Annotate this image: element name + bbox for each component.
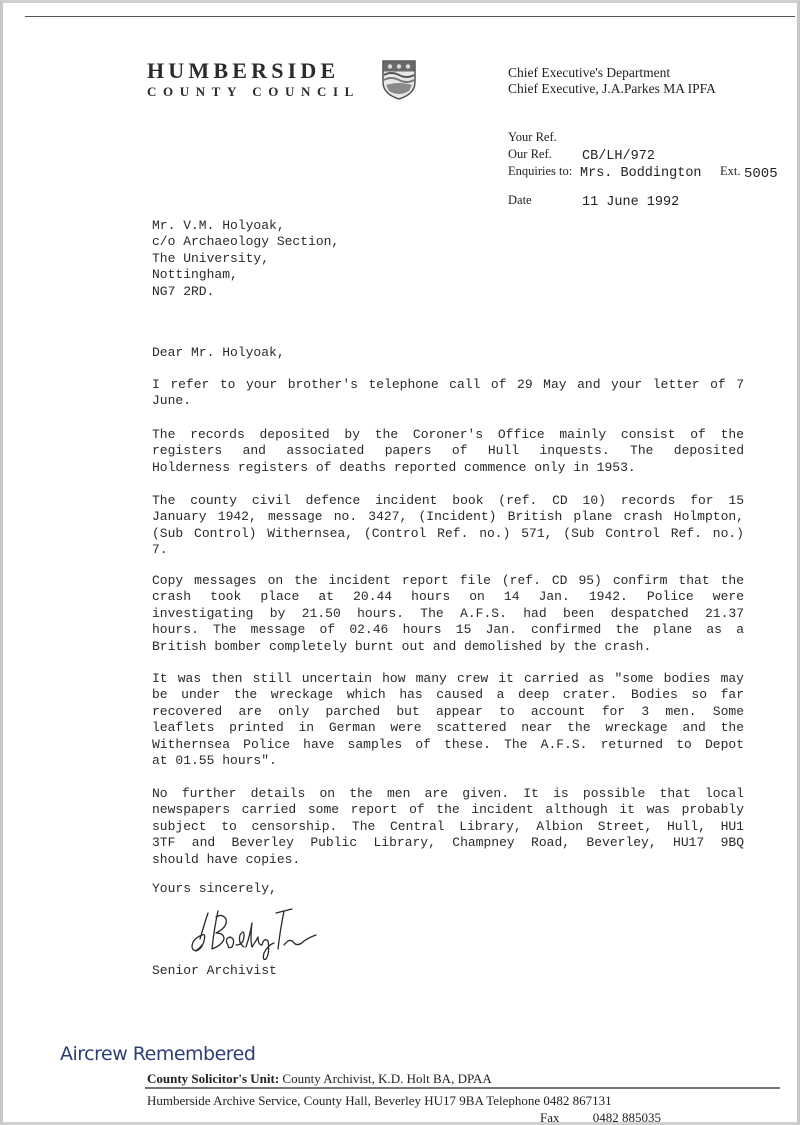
body-line: subject to censorship. The Central Libra… [152,819,744,835]
footer-address-line: Humberside Archive Service, County Hall,… [147,1093,612,1109]
address-line: Nottingham, [152,267,744,283]
body-line: 7. [152,542,744,558]
body-paragraph-4: Copy messages on the incident report fil… [152,573,744,655]
ext-value: 5005 [744,166,778,182]
body-line: registers and associated papers of Hull … [152,443,744,459]
footer-unit-label: County Solicitor's Unit: [147,1071,279,1086]
enquiries-row: Enquiries to: Mrs. Boddington Ext. 5005 [508,164,572,181]
body-line: newspapers carried some report of the in… [152,802,744,818]
body-paragraph-5: It was then still uncertain how many cre… [152,671,744,769]
coat-of-arms-icon [382,60,416,100]
footer-divider [145,1087,780,1089]
body-line: January 1942, message no. 3427, (Inciden… [152,509,744,525]
body-line: at 01.55 hours". [152,753,744,769]
body-line: 3TF and Beverley Public Library, Champne… [152,835,744,851]
body-line: June. [152,393,744,409]
body-line: It was then still uncertain how many cre… [152,671,744,687]
your-ref-row: Your Ref. [508,130,572,147]
signature-icon [188,905,318,963]
address-line: The University, [152,251,744,267]
body-paragraph-2: The records deposited by the Coroner's O… [152,427,744,476]
page-top-edge [25,16,795,17]
body-paragraph-6: No further details on the men are given.… [152,786,744,868]
body-line: Withernsea Police have samples of these.… [152,737,744,753]
body-line: be under the wreckage which has caused a… [152,687,744,703]
body-line: investigating by 21.50 hours. The A.F.S.… [152,606,744,622]
fax-value: 0482 885035 [593,1110,661,1125]
department-name: Chief Executive's Department [508,65,716,81]
reference-block: Your Ref. Our Ref. CB/LH/972 Enquiries t… [508,130,572,210]
body-line: No further details on the men are given.… [152,786,744,802]
fax-label: Fax [540,1110,560,1125]
closing: Yours sincerely, [152,881,744,897]
date-value: 11 June 1992 [582,195,679,210]
body-line: hours. The message of 02.46 hours 15 Jan… [152,622,744,638]
date-row: Date 11 June 1992 [508,193,572,210]
enquiries-value: Mrs. Boddington [580,166,702,181]
body-line: Holderness registers of deaths reported … [152,460,744,476]
body-line: Copy messages on the incident report fil… [152,573,744,589]
body-paragraph-3: The county civil defence incident book (… [152,493,744,559]
body-line: should have copies. [152,852,744,868]
enquiries-label: Enquiries to: [508,164,572,179]
address-line: Mr. V.M. Holyoak, [152,218,744,234]
address-line: NG7 2RD. [152,284,744,300]
footer-fax-line: Fax 0482 885035 [540,1110,661,1125]
body-line: The records deposited by the Coroner's O… [152,427,744,443]
letterhead-logo: HUMBERSIDE COUNTY COUNCIL [147,60,360,100]
body-paragraph-1: I refer to your brother's telephone call… [152,377,744,410]
your-ref-label: Your Ref. [508,130,557,145]
body-line: (Sub Control) Withernsea, (Control Ref. … [152,526,744,542]
date-label: Date [508,193,532,208]
address-line: c/o Archaeology Section, [152,234,744,250]
our-ref-label: Our Ref. [508,147,552,162]
our-ref-value: CB/LH/972 [582,149,655,164]
body-line: crash took place at 20.44 hours on 14 Ja… [152,589,744,605]
salutation: Dear Mr. Holyoak, [152,345,744,361]
body-line: British bomber completely burnt out and … [152,639,744,655]
ext-label: Ext. [720,164,740,179]
body-line: leaflets printed in German were scattere… [152,720,744,736]
our-ref-row: Our Ref. CB/LH/972 [508,147,572,164]
recipient-address: Mr. V.M. Holyoak, c/o Archaeology Sectio… [152,218,744,300]
organization-name: HUMBERSIDE [147,60,360,82]
body-line: The county civil defence incident book (… [152,493,744,509]
watermark-text: Aircrew Remembered [60,1043,255,1065]
footer-address: Humberside Archive Service, County Hall,… [147,1093,483,1108]
signatory-title: Senior Archivist [152,963,744,979]
footer-unit: County Solicitor's Unit: County Archivis… [147,1071,492,1087]
telephone-label: Telephone [486,1093,540,1108]
department-info: Chief Executive's Department Chief Execu… [508,65,716,97]
footer-unit-value: County Archivist, K.D. Holt BA, DPAA [282,1071,491,1086]
body-line: recovered are only parched but appear to… [152,704,744,720]
organization-subtitle: COUNTY COUNCIL [147,84,360,100]
chief-executive: Chief Executive, J.A.Parkes MA IPFA [508,81,716,97]
telephone-value: 0482 867131 [543,1093,611,1108]
body-line: I refer to your brother's telephone call… [152,377,744,393]
